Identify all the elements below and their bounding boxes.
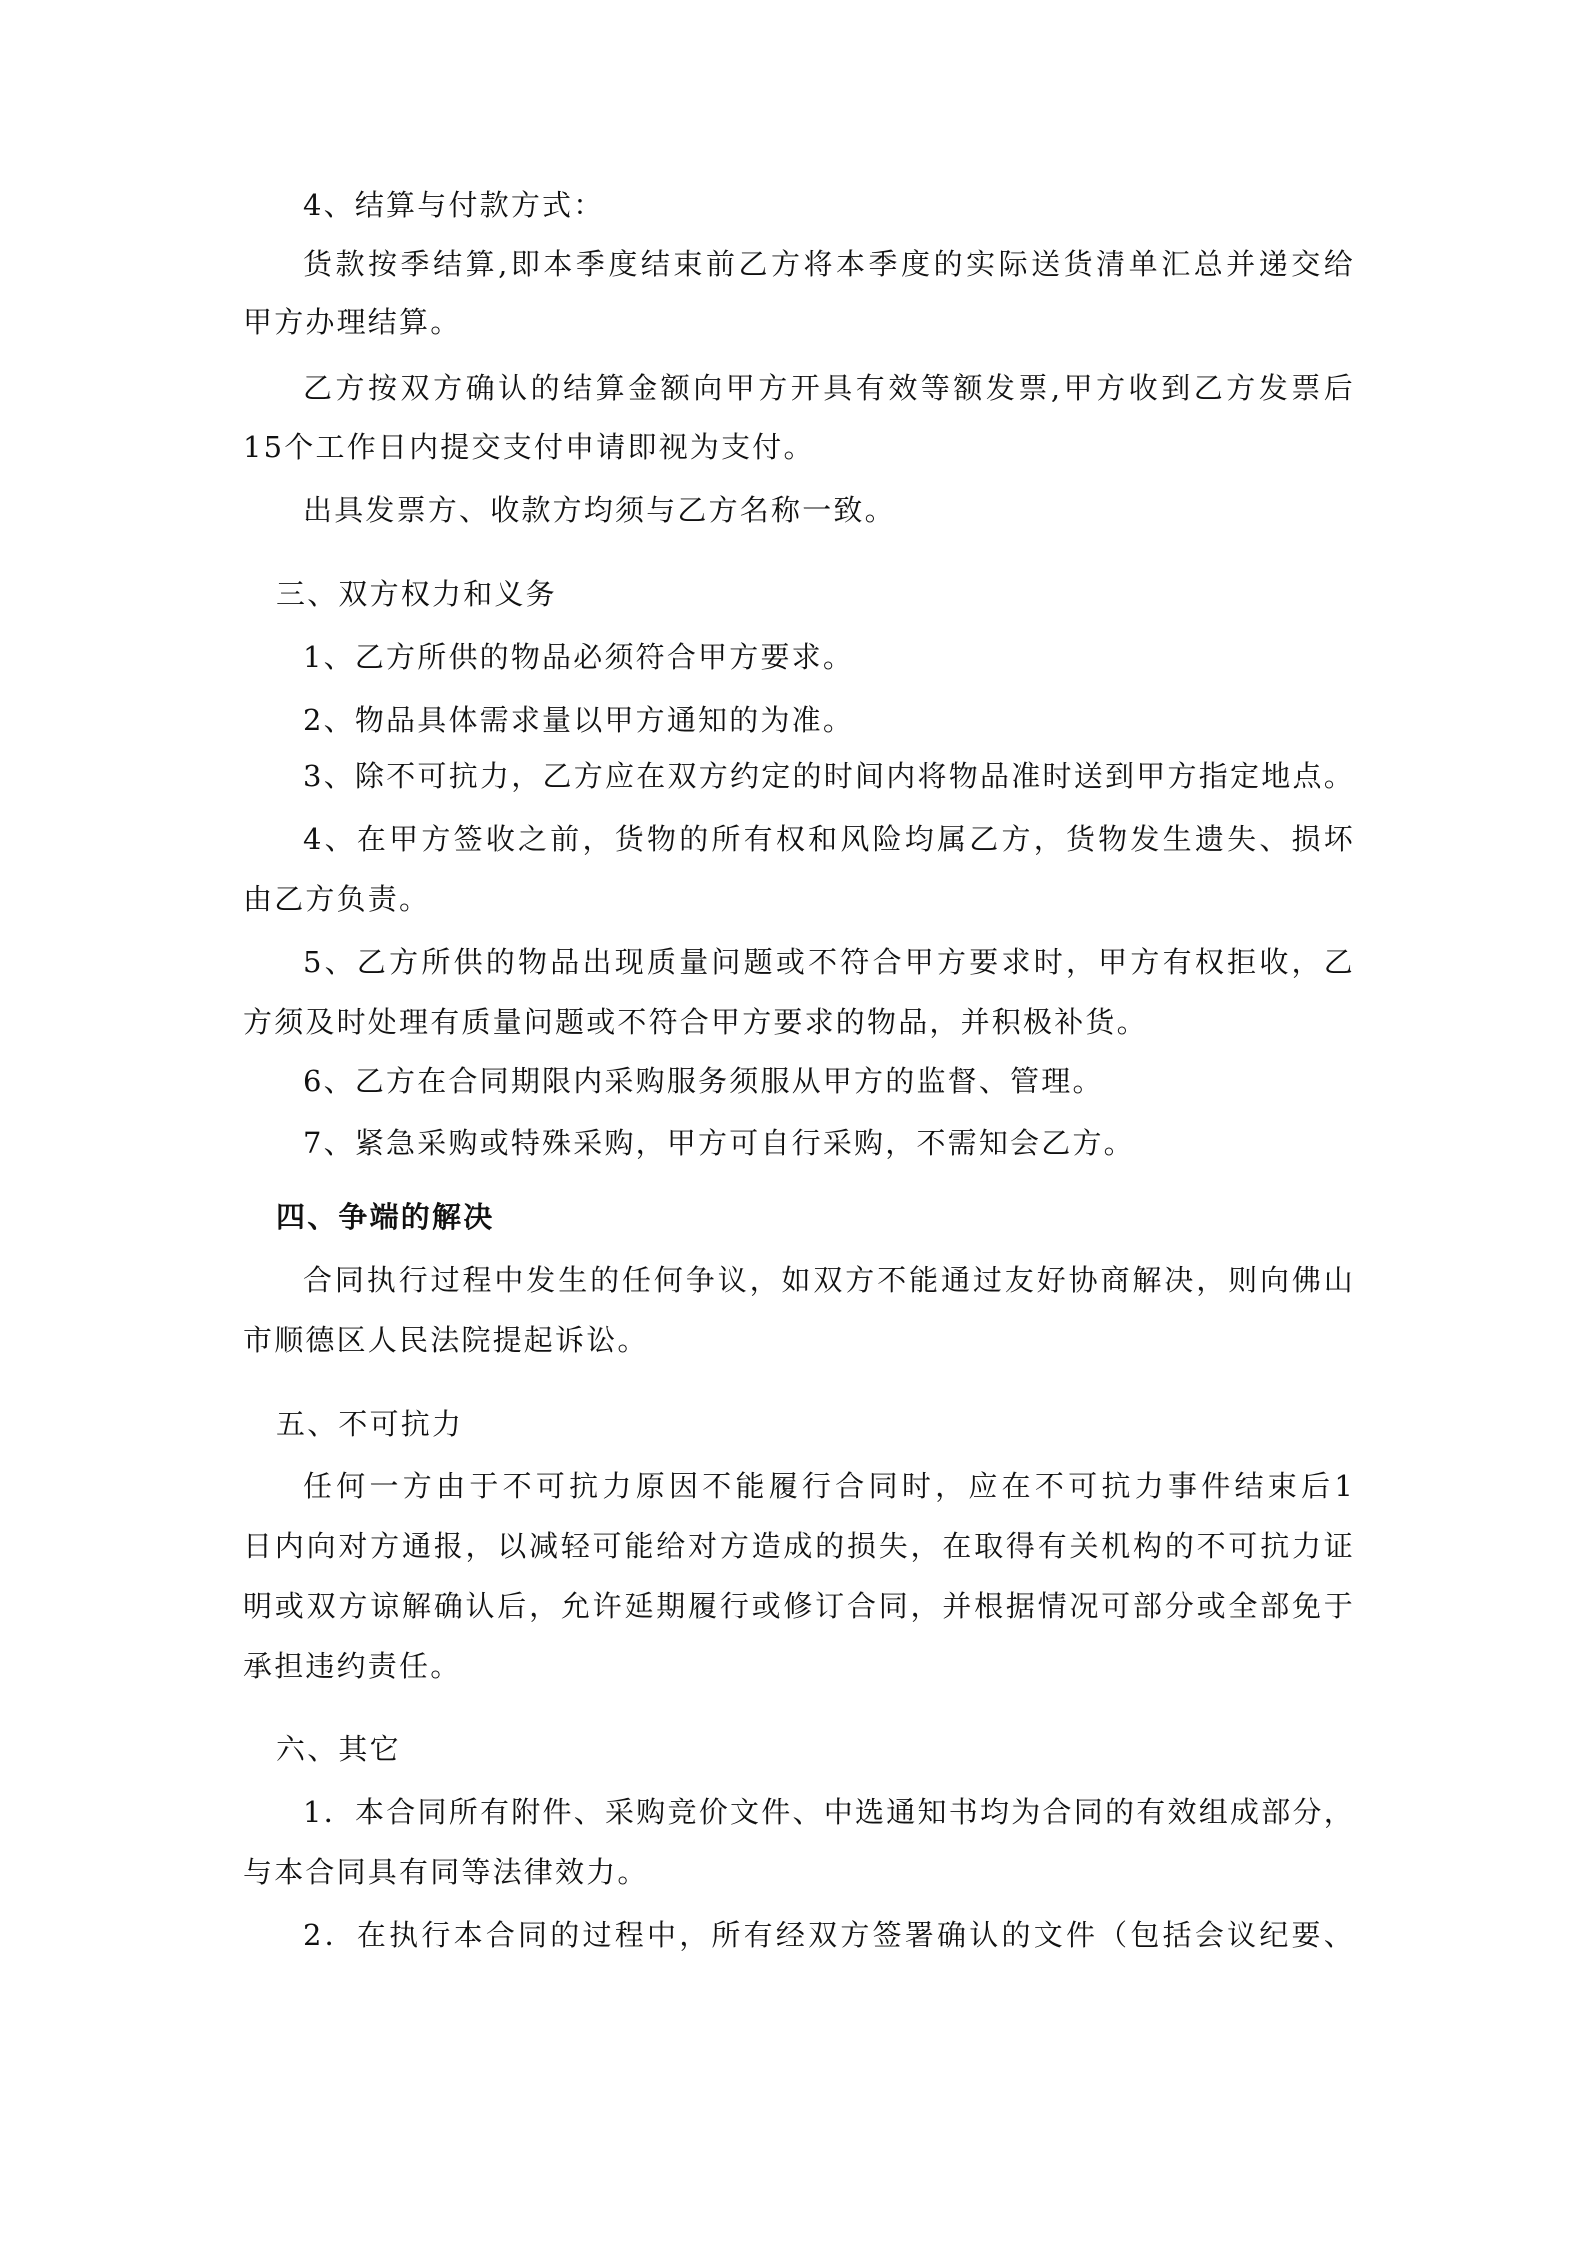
list-item: 1、乙方所供的物品必须符合甲方要求。 [303,637,854,677]
paragraph-line: 合同执行过程中发生的任何争议，如双方不能通过友好协商解决，则向佛山 [303,1260,1355,1300]
list-item: 6、乙方在合同期限内采购服务须服从甲方的监督、管理。 [303,1061,1104,1101]
paragraph-line: 日内向对方通报，以减轻可能给对方造成的损失，在取得有关机构的不可抗力证 [243,1526,1355,1566]
paragraph-line: 出具发票方、收款方均须与乙方名称一致。 [303,490,896,530]
section-heading-dispute: 四、争端的解决 [276,1197,494,1237]
list-item-continuation: 与本合同具有同等法律效力。 [243,1852,649,1892]
paragraph-line: 甲方办理结算。 [243,302,461,342]
paragraph-line: 乙方按双方确认的结算金额向甲方开具有效等额发票,甲方收到乙方发票后 [303,368,1355,408]
list-item: 1．本合同所有附件、采购竞价文件、中选通知书均为合同的有效组成部分， [303,1792,1355,1832]
paragraph-line: 明或双方谅解确认后，允许延期履行或修订合同，并根据情况可部分或全部免于 [243,1586,1355,1626]
paragraph-line: 承担违约责任。 [243,1646,461,1686]
subsection-heading-payment: 4、结算与付款方式： [303,185,604,225]
section-heading-other: 六、其它 [276,1729,401,1769]
paragraph-line: 任何一方由于不可抗力原因不能履行合同时，应在不可抗力事件结束后1 [303,1466,1355,1506]
list-item: 4、在甲方签收之前，货物的所有权和风险均属乙方，货物发生遗失、损坏 [303,819,1355,859]
list-item: 7、紧急采购或特殊采购，甲方可自行采购，不需知会乙方。 [303,1123,1135,1163]
list-item: 2、物品具体需求量以甲方通知的为准。 [303,700,854,740]
section-heading-rights: 三、双方权力和义务 [276,574,557,614]
list-item: 3、除不可抗力，乙方应在双方约定的时间内将物品准时送到甲方指定地点。 [303,756,1355,796]
paragraph-line: 市顺德区人民法院提起诉讼。 [243,1320,649,1360]
section-heading-force-majeure: 五、不可抗力 [276,1404,463,1444]
list-item-continuation: 方须及时处理有质量问题或不符合甲方要求的物品，并积极补货。 [243,1002,1148,1042]
list-item: 2．在执行本合同的过程中，所有经双方签署确认的文件（包括会议纪要、 [303,1915,1355,1955]
paragraph-line: 货款按季结算,即本季度结束前乙方将本季度的实际送货清单汇总并递交给 [303,244,1355,284]
list-item: 5、乙方所供的物品出现质量问题或不符合甲方要求时，甲方有权拒收，乙 [303,942,1355,982]
paragraph-line: 15个工作日内提交支付申请即视为支付。 [243,427,815,467]
list-item-continuation: 由乙方负责。 [243,879,430,919]
